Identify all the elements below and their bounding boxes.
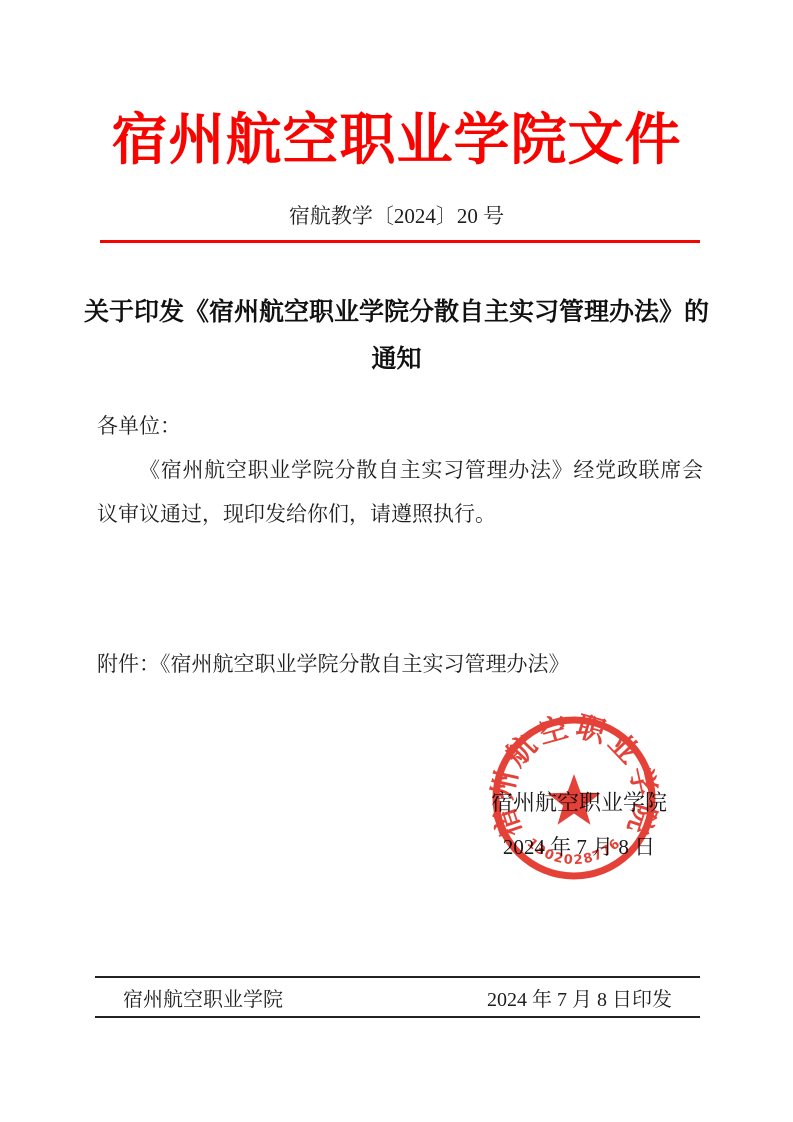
notice-body: 各单位： 《宿州航空职业学院分散自主实习管理办法》经党政联席会议审议通过，现印发… bbox=[97, 404, 703, 536]
notice-title-line1: 关于印发《宿州航空职业学院分散自主实习管理办法》的 bbox=[60, 289, 733, 336]
seal-star-icon bbox=[547, 774, 600, 825]
salutation: 各单位： bbox=[97, 404, 703, 448]
footer-row: 宿州航空职业学院 2024 年 7 月 8 日印发 bbox=[95, 978, 700, 1016]
document-header-title: 宿州航空职业学院文件 bbox=[0, 96, 793, 176]
attachment-line: 附件：《宿州航空职业学院分散自主实习管理办法》 bbox=[97, 648, 717, 678]
document-page: 宿州航空职业学院文件 宿航教学〔2024〕20 号 关于印发《宿州航空职业学院分… bbox=[0, 0, 793, 1122]
footer-bottom-line bbox=[95, 1016, 700, 1018]
official-seal-stamp: 宿州航空职业学院 413020287761 bbox=[486, 710, 662, 886]
notice-title: 关于印发《宿州航空职业学院分散自主实习管理办法》的 通知 bbox=[60, 289, 733, 383]
body-paragraph: 《宿州航空职业学院分散自主实习管理办法》经党政联席会议审议通过，现印发给你们，请… bbox=[97, 448, 703, 536]
document-number: 宿航教学〔2024〕20 号 bbox=[0, 200, 793, 230]
notice-title-line2: 通知 bbox=[60, 336, 733, 383]
footer-issuer: 宿州航空职业学院 bbox=[123, 983, 283, 1012]
red-divider-line bbox=[100, 240, 700, 243]
footer-print-date: 2024 年 7 月 8 日印发 bbox=[487, 983, 672, 1012]
